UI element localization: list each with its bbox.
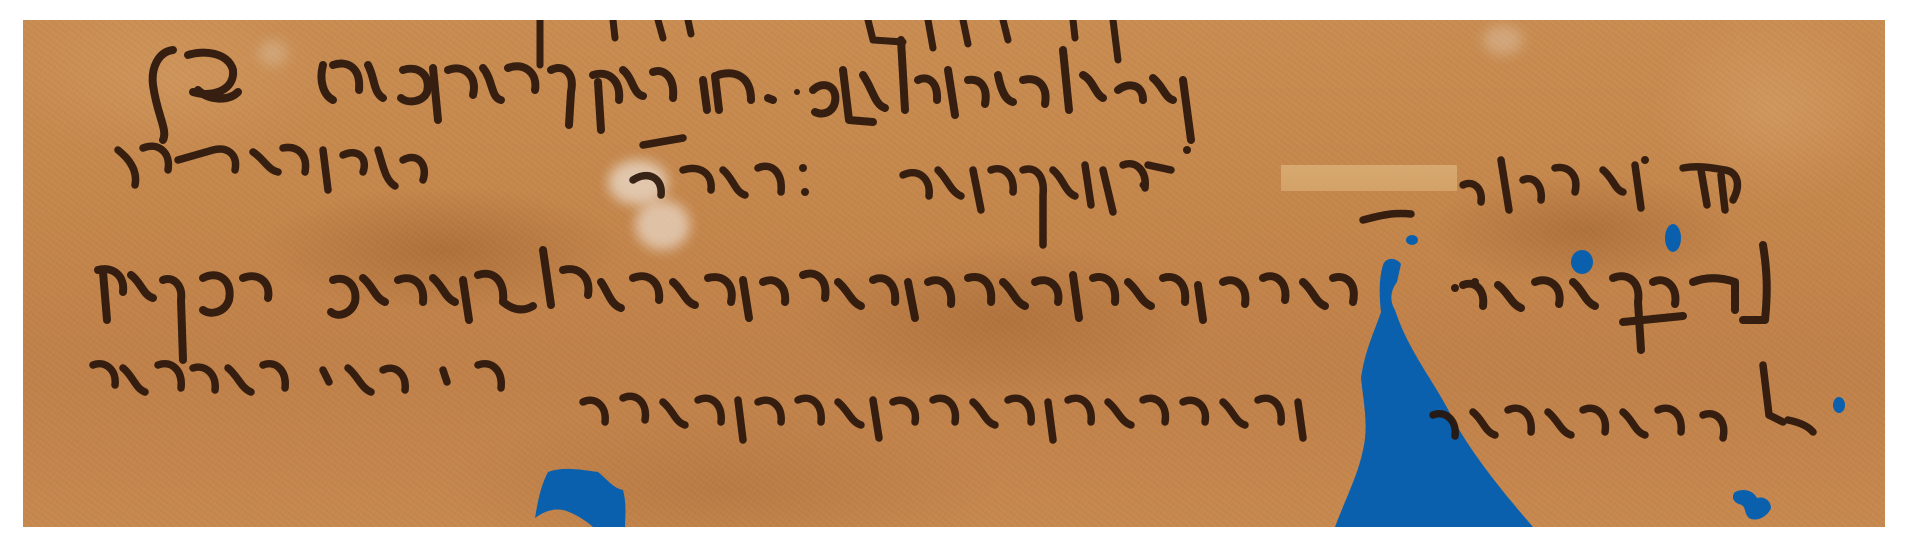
script-line-5 <box>93 364 1813 440</box>
manuscript-fragment: Manuscript fragment with cursive Hebrew … <box>23 20 1885 527</box>
backing-holes <box>535 224 1845 527</box>
script-line-1 <box>540 20 1118 65</box>
script-lines <box>23 20 1885 527</box>
script-line-3 <box>118 138 1737 245</box>
script-line-4 <box>98 245 1767 360</box>
